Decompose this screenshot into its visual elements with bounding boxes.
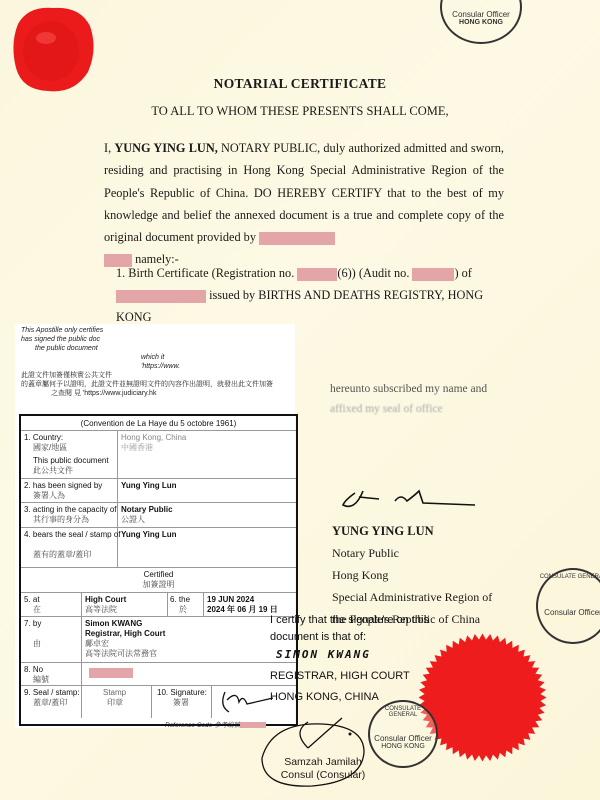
certification-paragraph: I, YUNG YING LUN, NOTARY PUBLIC, duly au… <box>104 137 504 271</box>
document-item-1: 1. Birth Certificate (Registration no. (… <box>104 262 504 328</box>
notary-signature <box>335 485 485 520</box>
apostille-header: This Apostille only certifies has signed… <box>21 326 289 398</box>
consular-stamp-top: Consular Officer HONG KONG <box>440 0 522 44</box>
handwritten-name: SIMON KWANG <box>270 646 429 663</box>
notary-name: YUNG YING LUN, <box>114 141 217 155</box>
certificate-title: NOTARIAL CERTIFICATE <box>0 76 600 92</box>
consul-block: Samzah Jamilah Consul (Consular) <box>263 756 383 782</box>
witness-clause: hereunto subscribed my name and affixed … <box>330 379 487 419</box>
consular-certification: I certify that the signature on this doc… <box>270 612 429 706</box>
reference-code: Reference Code 參考編號 <box>165 720 266 729</box>
redacted-holder-name <box>116 290 206 303</box>
redacted-apostille-no <box>89 668 133 678</box>
redacted-name <box>259 232 335 245</box>
apostille-certificate: This Apostille only certifies has signed… <box>15 324 295 728</box>
redacted-audit-no <box>412 268 454 281</box>
consul-signature <box>252 712 382 797</box>
redacted-registration-no <box>297 268 337 281</box>
apostille-table: (Convention de La Haye du 5 octobre 1961… <box>19 414 298 726</box>
certificate-subtitle: TO ALL TO WHOM THESE PRESENTS SHALL COME… <box>0 104 600 119</box>
